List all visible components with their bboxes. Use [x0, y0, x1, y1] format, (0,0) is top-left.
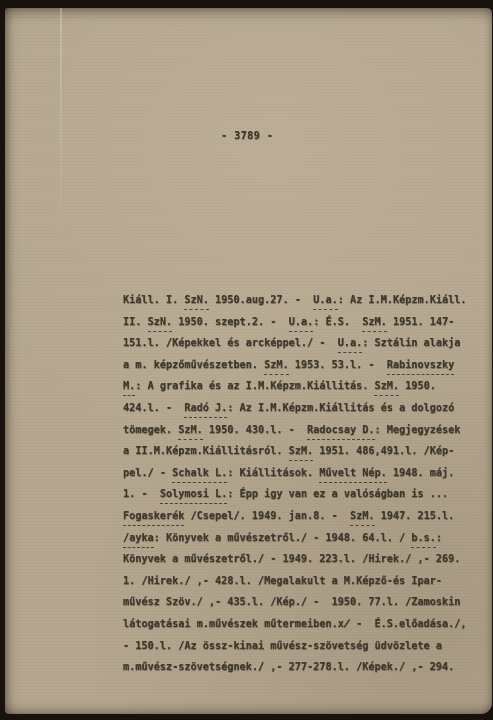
scanned-document-screenshot: { "colors":{ "paper":"#b5a68e", "ink":"#…	[0, 0, 493, 720]
scanned-page: - 3789 - Kiáll. I. SzN. 1950.aug.27. - U…	[5, 8, 492, 714]
typewritten-line: 151.l. /Képekkel és arcképpel./ - U.a.: …	[123, 333, 479, 355]
typewritten-line: művész Szöv./ ,- 435.l. /Kép./ - 1950. 7…	[123, 592, 479, 614]
typewritten-line: pel./ - Schalk L.: Kiállitások. Művelt N…	[123, 463, 479, 485]
typewritten-line: Könyvek a művészetről./ - 1949. 223.l. /…	[123, 549, 479, 571]
typewritten-line: 1. - Solymosi L.: Épp igy van ez a valós…	[123, 484, 479, 506]
typewritten-line: a II.M.Képzm.Kiállitásról. SzM. 1951. 48…	[123, 441, 479, 463]
typewritten-line: Kiáll. I. SzN. 1950.aug.27. - U.a.: Az I…	[123, 290, 479, 312]
typewritten-line: - 150.l. /Az össz-kinai művész-szövetség…	[123, 636, 479, 658]
typewritten-line: 424.l. - Radó J.: Az I.M.Képzm.Kiállitás…	[123, 398, 479, 420]
typewritten-line: /ayka: Könyvek a művészetről./ - 1948. 6…	[123, 528, 479, 550]
typewritten-line: a m. képzőművészetben. SzM. 1953. 53.l. …	[123, 355, 479, 377]
typewritten-line: m.művész-szövetségnek./ ,- 277-278.l. /K…	[123, 657, 479, 679]
typewritten-line: 1. /Hirek./ ,- 428.l. /Megalakult a M.Ké…	[123, 571, 479, 593]
typewritten-line: tömegek. SzM. 1950. 430.l. - Radocsay D.…	[123, 420, 479, 442]
typewritten-line: M.: A grafika és az I.M.Képzm.Kiállitás.…	[123, 376, 479, 398]
typewritten-line: II. SzN. 1950. szept.2. - U.a.: É.S. SzM…	[123, 312, 479, 334]
typewritten-line: Fogaskerék /Csepel/. 1949. jan.8. - SzM.…	[123, 506, 479, 528]
typewritten-line: látogatásai m.művészek műtermeiben.x̸ - …	[123, 614, 479, 636]
bibliography-text-block: Kiáll. I. SzN. 1950.aug.27. - U.a.: Az I…	[123, 290, 479, 679]
page-number: - 3789 -	[221, 131, 273, 142]
paper-crease	[60, 8, 62, 238]
